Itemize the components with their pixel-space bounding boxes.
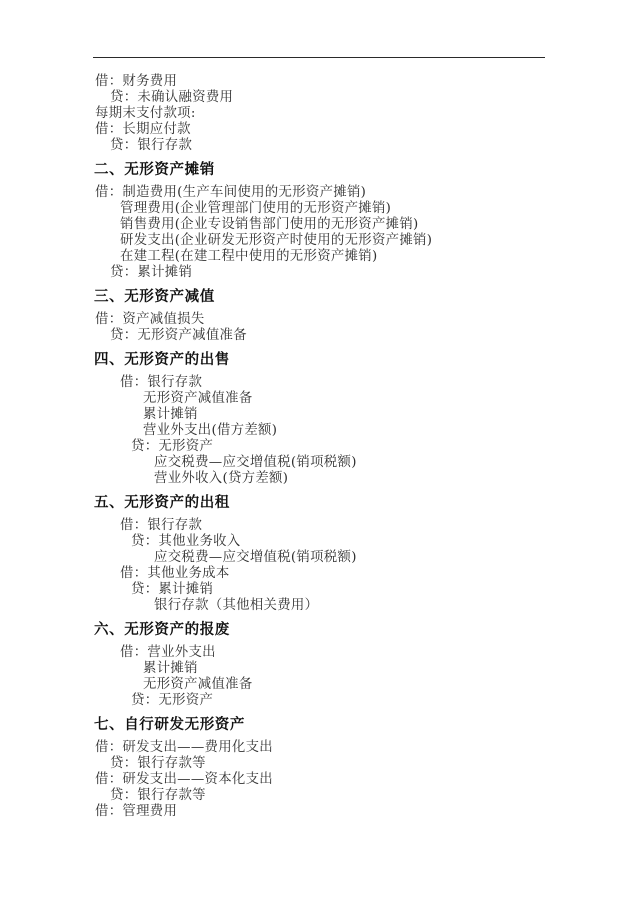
journal-entry-line: 贷：累计摊销 xyxy=(0,582,640,598)
journal-entry-line: 借：银行存款 xyxy=(0,375,640,391)
journal-entry-line: 无形资产减值准备 xyxy=(0,391,640,407)
journal-entry-line: 借：管理费用 xyxy=(0,804,640,820)
journal-entry-line: 借：资产减值损失 xyxy=(0,312,640,328)
journal-entry-line: 借：制造费用(生产车间使用的无形资产摊销) xyxy=(0,185,640,201)
journal-entry-line: 应交税费—应交增值税(销项税额) xyxy=(0,455,640,471)
journal-entry-line: 贷：银行存款等 xyxy=(0,788,640,804)
section-heading: 六、无形资产的报废 xyxy=(0,620,640,640)
document-page: 借：财务费用贷：未确认融资费用每期末支付款项:借：长期应付款贷：银行存款二、无形… xyxy=(0,0,640,906)
journal-entry-line: 研发支出(企业研发无形资产时使用的无形资产摊销) xyxy=(0,233,640,249)
section-heading: 二、无形资产摊销 xyxy=(0,160,640,180)
section-heading: 四、无形资产的出售 xyxy=(0,350,640,370)
journal-entry-line: 借：长期应付款 xyxy=(0,122,640,138)
journal-entry-line: 借：银行存款 xyxy=(0,518,640,534)
journal-entry-line: 贷：无形资产 xyxy=(0,693,640,709)
journal-entry-line: 累计摊销 xyxy=(0,661,640,677)
section-heading: 七、自行研发无形资产 xyxy=(0,715,640,735)
journal-entry-line: 每期末支付款项: xyxy=(0,106,640,122)
journal-entry-line: 贷：其他业务收入 xyxy=(0,534,640,550)
journal-entry-line: 应交税费—应交增值税(销项税额) xyxy=(0,550,640,566)
journal-entry-line: 无形资产减值准备 xyxy=(0,677,640,693)
journal-entry-line: 借：财务费用 xyxy=(0,74,640,90)
journal-entry-line: 累计摊销 xyxy=(0,407,640,423)
journal-entry-line: 贷：无形资产 xyxy=(0,439,640,455)
journal-entry-line: 贷：未确认融资费用 xyxy=(0,90,640,106)
journal-entry-line: 贷：累计摊销 xyxy=(0,265,640,281)
journal-entry-line: 贷：银行存款 xyxy=(0,138,640,154)
journal-entry-line: 营业外收入(贷方差额) xyxy=(0,471,640,487)
section-heading: 三、无形资产减值 xyxy=(0,287,640,307)
page-header-rule xyxy=(93,57,545,58)
journal-entry-line: 银行存款（其他相关费用） xyxy=(0,598,640,614)
section-heading: 五、无形资产的出租 xyxy=(0,493,640,513)
journal-entry-line: 借：营业外支出 xyxy=(0,645,640,661)
journal-entry-line: 在建工程(在建工程中使用的无形资产摊销) xyxy=(0,249,640,265)
journal-entry-line: 销售费用(企业专设销售部门使用的无形资产摊销) xyxy=(0,217,640,233)
journal-entry-line: 营业外支出(借方差额) xyxy=(0,423,640,439)
document-body: 借：财务费用贷：未确认融资费用每期末支付款项:借：长期应付款贷：银行存款二、无形… xyxy=(0,74,640,820)
journal-entry-line: 贷：无形资产减值准备 xyxy=(0,328,640,344)
journal-entry-line: 贷：银行存款等 xyxy=(0,756,640,772)
journal-entry-line: 管理费用(企业管理部门使用的无形资产摊销) xyxy=(0,201,640,217)
journal-entry-line: 借：其他业务成本 xyxy=(0,566,640,582)
journal-entry-line: 借：研发支出——费用化支出 xyxy=(0,740,640,756)
journal-entry-line: 借：研发支出——资本化支出 xyxy=(0,772,640,788)
